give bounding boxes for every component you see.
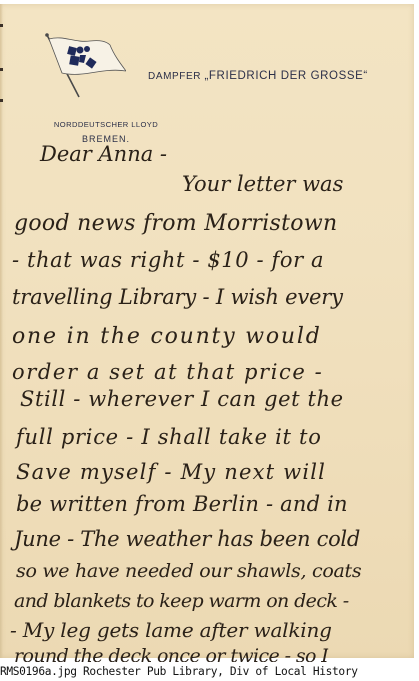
letter-line: so we have needed our shawls, coats <box>16 560 361 582</box>
letter-line: - My leg gets lame after walking <box>10 618 332 642</box>
ship-name-heading: DAMPFER „FRIEDRICH DER GROSSE“ <box>148 70 368 82</box>
letter-line: - that was right - $10 - for a <box>12 248 324 272</box>
letter-line: be written from Berlin - and in <box>16 492 348 516</box>
company-name: NORDDEUTSCHER LLOYD <box>40 117 172 132</box>
image-caption: RMS0196a.jpg Rochester Pub Library, Div … <box>0 662 419 681</box>
salutation: Dear Anna - <box>40 142 167 166</box>
binding-mark <box>0 99 3 102</box>
letter-line: one in the county would <box>12 324 322 349</box>
letter-line: and blankets to keep warm on deck - <box>14 590 349 612</box>
letter-line: good news from Morristown <box>14 211 337 236</box>
binding-mark <box>0 68 3 71</box>
letter-line: travelling Library - I wish every <box>12 285 343 309</box>
letter-page: DAMPFER „FRIEDRICH DER GROSSE“ NORDDEUTS… <box>0 4 414 658</box>
letter-line: Still - wherever I can get the <box>20 387 344 411</box>
ship-name: „FRIEDRICH DER GROSSE“ <box>204 70 367 82</box>
norddeutscher-lloyd-flag-icon <box>44 33 126 101</box>
letter-line: order a set at that price - <box>12 360 323 384</box>
letter-line: Your letter was <box>182 172 343 196</box>
letter-line: June - The weather has been cold <box>14 527 360 551</box>
binding-mark <box>0 24 3 27</box>
letter-line: full price - I shall take it to <box>16 425 322 449</box>
ship-prefix: DAMPFER <box>148 71 201 82</box>
letter-line: Save myself - My next will <box>16 460 326 484</box>
